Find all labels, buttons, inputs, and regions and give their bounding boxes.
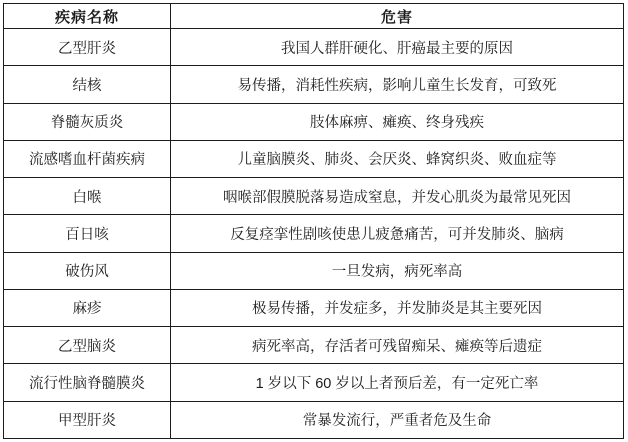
header-row: 疾病名称 危害 [4,4,624,29]
disease-name-cell: 甲型肝炎 [4,401,171,438]
header-harm: 危害 [171,4,624,29]
table-row: 流感嗜血杆菌疾病 儿童脑膜炎、肺炎、会厌炎、蜂窝织炎、败血症等 [4,140,624,177]
harm-cell: 我国人群肝硬化、肝癌最主要的原因 [171,29,624,66]
disease-name-cell: 白喉 [4,178,171,215]
table-row: 脊髓灰质炎 肢体麻痹、瘫痪、终身残疾 [4,103,624,140]
harm-cell: 反复痉挛性剧咳使患儿疲惫痛苦，可并发肺炎、脑病 [171,215,624,252]
table-row: 麻疹 极易传播，并发症多，并发肺炎是其主要死因 [4,289,624,326]
harm-cell: 一旦发病，病死率高 [171,252,624,289]
harm-cell: 易传播，消耗性疾病，影响儿童生长发育，可致死 [171,66,624,103]
disease-name-cell: 流感嗜血杆菌疾病 [4,140,171,177]
table-row: 甲型肝炎 常暴发流行，严重者危及生命 [4,401,624,438]
disease-name-cell: 麻疹 [4,289,171,326]
disease-name-cell: 乙型肝炎 [4,29,171,66]
disease-name-cell: 乙型脑炎 [4,327,171,364]
page: 疾病名称 危害 乙型肝炎 我国人群肝硬化、肝癌最主要的原因 结核 易传播，消耗性… [0,0,628,442]
disease-harm-table: 疾病名称 危害 乙型肝炎 我国人群肝硬化、肝癌最主要的原因 结核 易传播，消耗性… [3,3,624,439]
harm-cell: 病死率高，存活者可残留痴呆、瘫痪等后遗症 [171,327,624,364]
harm-cell: 儿童脑膜炎、肺炎、会厌炎、蜂窝织炎、败血症等 [171,140,624,177]
harm-cell: 常暴发流行，严重者危及生命 [171,401,624,438]
harm-cell: 肢体麻痹、瘫痪、终身残疾 [171,103,624,140]
disease-name-cell: 结核 [4,66,171,103]
table-row: 流行性脑脊髓膜炎 1 岁以下 60 岁以上者预后差，有一定死亡率 [4,364,624,401]
harm-cell: 1 岁以下 60 岁以上者预后差，有一定死亡率 [171,364,624,401]
table-row: 结核 易传播，消耗性疾病，影响儿童生长发育，可致死 [4,66,624,103]
disease-name-cell: 百日咳 [4,215,171,252]
table-row: 乙型肝炎 我国人群肝硬化、肝癌最主要的原因 [4,29,624,66]
table-row: 乙型脑炎 病死率高，存活者可残留痴呆、瘫痪等后遗症 [4,327,624,364]
table-row: 百日咳 反复痉挛性剧咳使患儿疲惫痛苦，可并发肺炎、脑病 [4,215,624,252]
disease-name-cell: 破伤风 [4,252,171,289]
harm-cell: 极易传播，并发症多，并发肺炎是其主要死因 [171,289,624,326]
disease-table-container: 疾病名称 危害 乙型肝炎 我国人群肝硬化、肝癌最主要的原因 结核 易传播，消耗性… [3,3,624,439]
header-disease-name: 疾病名称 [4,4,171,29]
disease-name-cell: 流行性脑脊髓膜炎 [4,364,171,401]
disease-name-cell: 脊髓灰质炎 [4,103,171,140]
table-row: 白喉 咽喉部假膜脱落易造成窒息，并发心肌炎为最常见死因 [4,178,624,215]
table-row: 破伤风 一旦发病，病死率高 [4,252,624,289]
harm-cell: 咽喉部假膜脱落易造成窒息，并发心肌炎为最常见死因 [171,178,624,215]
